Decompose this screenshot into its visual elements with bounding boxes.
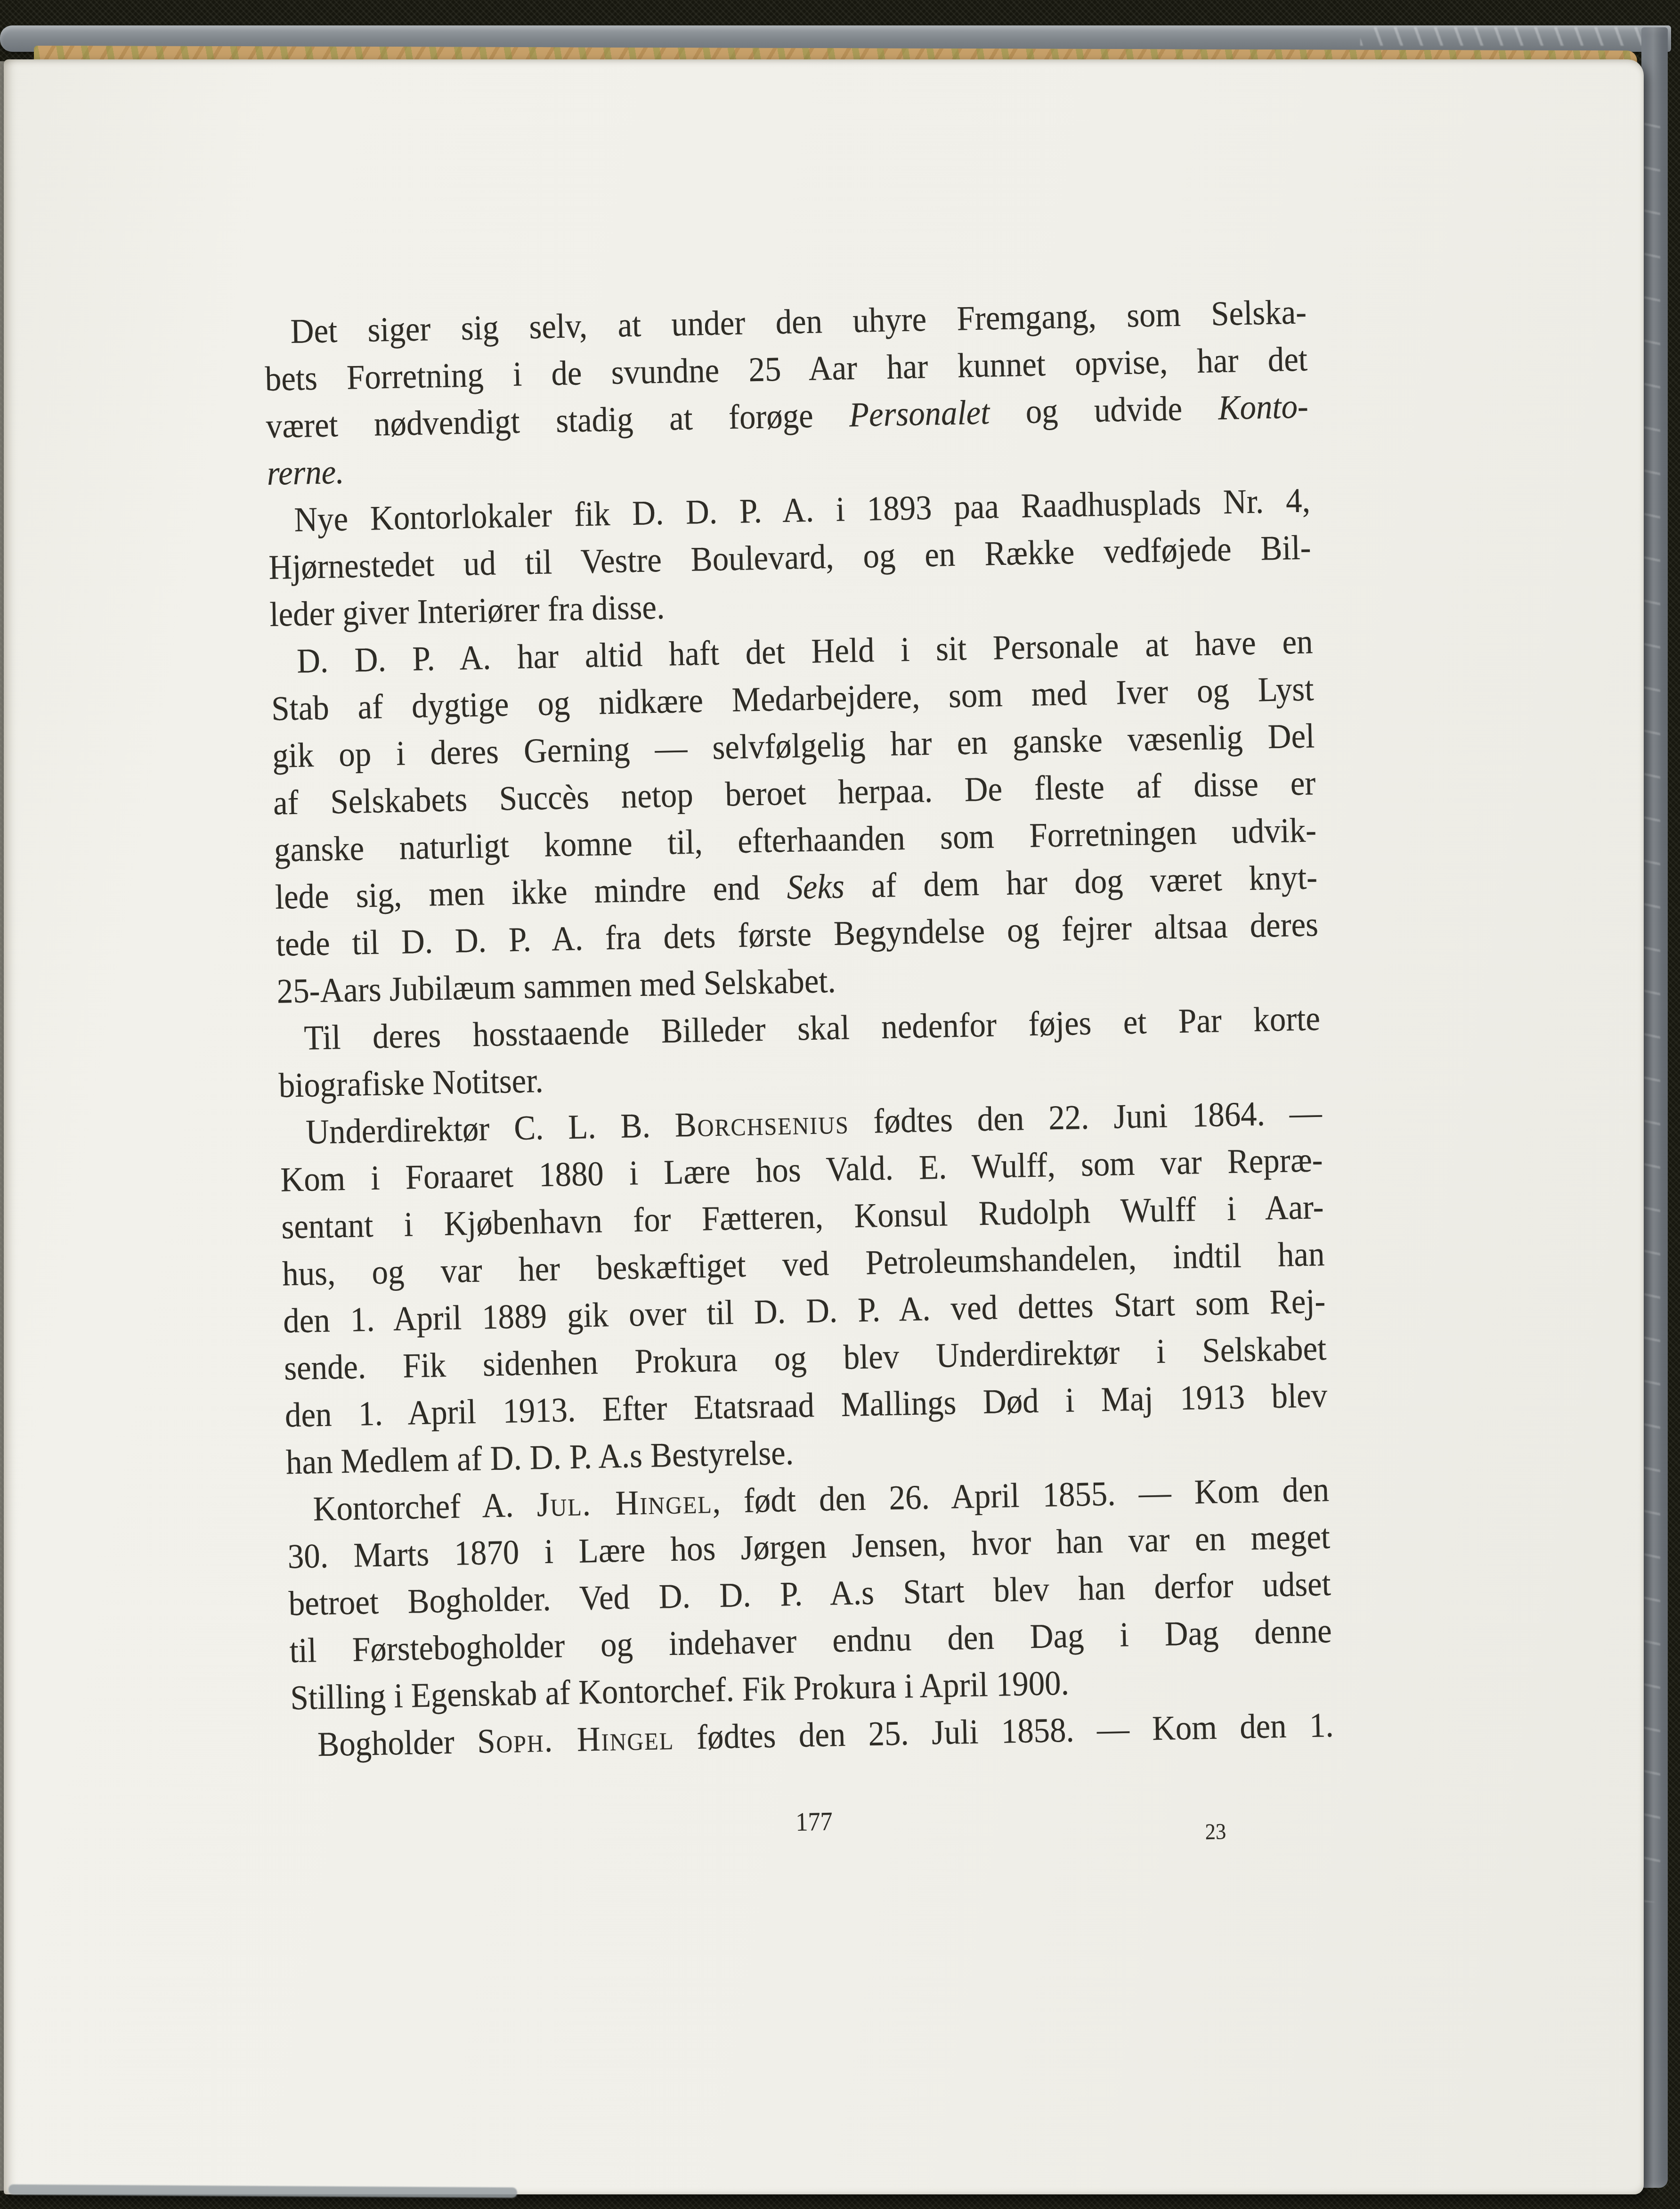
body-text-segment: fødtes den 22. Juni 1864. — xyxy=(849,1093,1323,1141)
body-text-segment: , født den 26. April 1855. — Kom den xyxy=(712,1470,1330,1521)
page-number: 177 xyxy=(293,1798,1336,1846)
body-text-segment: og udvide xyxy=(989,389,1218,432)
body-text-segment: af dem har dog været knyt- xyxy=(844,858,1318,905)
body-text-segment: Bogholder xyxy=(317,1722,478,1764)
book-cover-edge-right xyxy=(1641,27,1668,2188)
body-text-segment: Underdirektør C. L. B. xyxy=(306,1106,675,1152)
italic-segment: rerne. xyxy=(267,453,344,493)
smallcaps-name-segment: Borchsenius xyxy=(674,1102,850,1144)
smallcaps-name-segment: Soph. Hingel xyxy=(477,1719,674,1761)
italic-segment: Konto- xyxy=(1218,387,1309,427)
body-text-segment: Kontorchef A. xyxy=(313,1485,537,1528)
body-text-segment: 25-Aars Jubilæum sammen med Selskabet. xyxy=(276,962,836,1011)
print-area: Det siger sig selv, at under den uhyre F… xyxy=(264,289,1336,1875)
body-text-segment: leder giver Interiører fra disse. xyxy=(269,588,665,634)
body-text-segment: han Medlem af D. D. P. A.s Bestyrelse. xyxy=(285,1434,794,1482)
body-text-segment: biografiske Notitser. xyxy=(278,1061,544,1105)
italic-segment: Seks xyxy=(787,867,845,907)
text-block: Det siger sig selv, at under den uhyre F… xyxy=(264,289,1334,1769)
body-text-segment: været nødvendigt stadig at forøge xyxy=(266,396,850,446)
italic-segment: Personalet xyxy=(849,393,990,434)
body-text-segment: lede sig, men ikke mindre end xyxy=(275,868,787,917)
scan-backdrop: { "colors": { "backdrop_fabric": "#17170… xyxy=(0,0,1680,2209)
smallcaps-name-segment: Jul. Hingel xyxy=(536,1482,713,1524)
body-text-segment: fødtes den 25. Juli 1858. — Kom den 1. xyxy=(674,1706,1334,1757)
signature-mark: 23 xyxy=(1189,1819,1242,1845)
